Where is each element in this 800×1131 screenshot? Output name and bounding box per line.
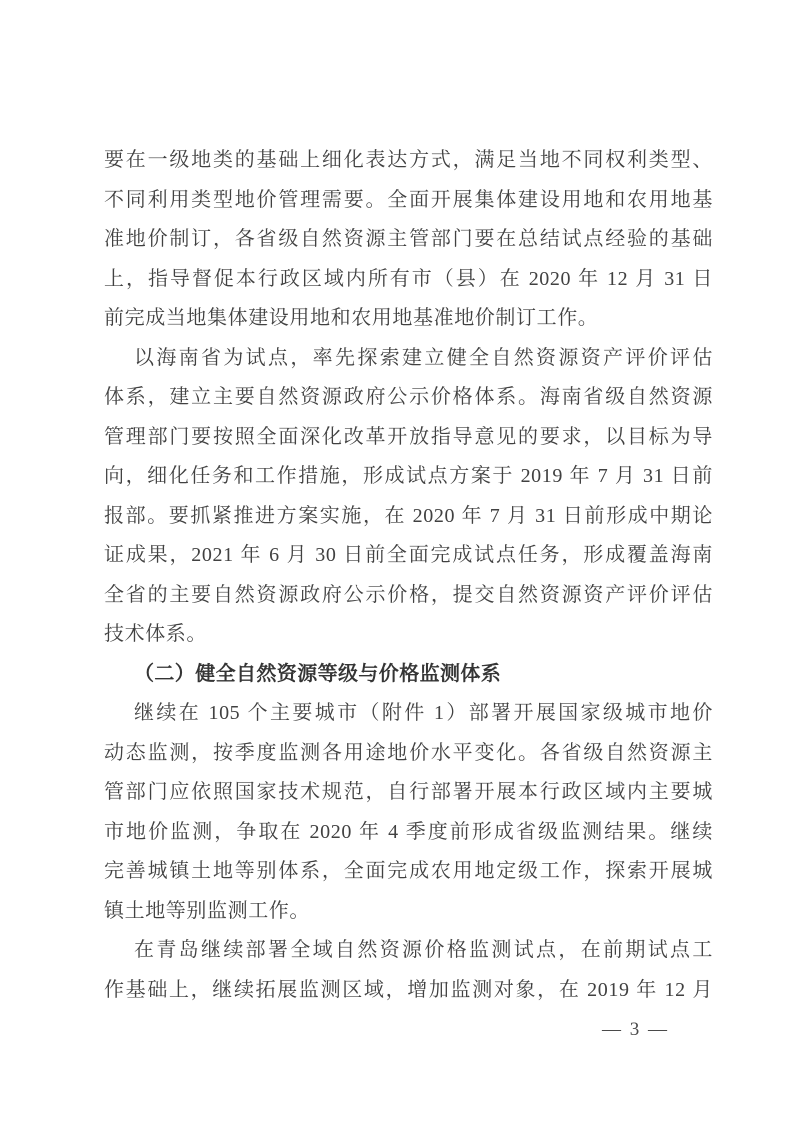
page-number: — 3 — [104,1010,713,1050]
text-line: 前完成当地集体建设用地和农用地基准地价制订工作。 [104,299,713,339]
text-line: 全省的主要自然资源政府公示价格，提交自然资源资产评价评估 [104,576,713,616]
text-line: 完善城镇土地等别体系，全面完成农用地定级工作，探索开展城 [104,852,713,892]
paragraph-2: 以海南省为试点，率先探索建立健全自然资源资产评价评估 体系，建立主要自然资源政府… [104,339,713,655]
text-line: 管理部门要按照全面深化改革开放指导意见的要求，以目标为导 [104,418,713,458]
text-line: 上，指导督促本行政区域内所有市（县）在 2020 年 12 月 31 日 [104,260,713,300]
text-line: 技术体系。 [104,615,713,655]
text-line: 镇土地等别监测工作。 [104,892,713,932]
paragraph-3: 继续在 105 个主要城市（附件 1）部署开展国家级城市地价 动态监测，按季度监… [104,694,713,931]
document-page: 要在一级地类的基础上细化表达方式，满足当地不同权利类型、 不同利用类型地价管理需… [0,0,800,1131]
text-line: 证成果，2021 年 6 月 30 日前全面完成试点任务，形成覆盖海南 [104,536,713,576]
text-line: 作基础上，继续拓展监测区域，增加监测对象，在 2019 年 12 月 [104,971,713,1011]
section-heading: （二）健全自然资源等级与价格监测体系 [104,655,713,695]
text-line: 继续在 105 个主要城市（附件 1）部署开展国家级城市地价 [104,694,713,734]
text-line: 动态监测，按季度监测各用途地价水平变化。各省级自然资源主 [104,734,713,774]
text-line: 不同利用类型地价管理需要。全面开展集体建设用地和农用地基 [104,181,713,221]
paragraph-4: 在青岛继续部署全域自然资源价格监测试点，在前期试点工 作基础上，继续拓展监测区域… [104,931,713,1010]
text-line: 市地价监测，争取在 2020 年 4 季度前形成省级监测结果。继续 [104,813,713,853]
paragraph-1: 要在一级地类的基础上细化表达方式，满足当地不同权利类型、 不同利用类型地价管理需… [104,141,713,339]
text-line: 要在一级地类的基础上细化表达方式，满足当地不同权利类型、 [104,141,713,181]
text-line: 体系，建立主要自然资源政府公示价格体系。海南省级自然资源 [104,378,713,418]
text-line: 向，细化任务和工作措施，形成试点方案于 2019 年 7 月 31 日前 [104,457,713,497]
document-body: 要在一级地类的基础上细化表达方式，满足当地不同权利类型、 不同利用类型地价管理需… [104,141,713,1050]
text-line: 报部。要抓紧推进方案实施，在 2020 年 7 月 31 日前形成中期论 [104,497,713,537]
text-line: 管部门应依照国家技术规范，自行部署开展本行政区域内主要城 [104,773,713,813]
text-line: 在青岛继续部署全域自然资源价格监测试点，在前期试点工 [104,931,713,971]
text-line: 准地价制订，各省级自然资源主管部门要在总结试点经验的基础 [104,220,713,260]
text-line: 以海南省为试点，率先探索建立健全自然资源资产评价评估 [104,339,713,379]
